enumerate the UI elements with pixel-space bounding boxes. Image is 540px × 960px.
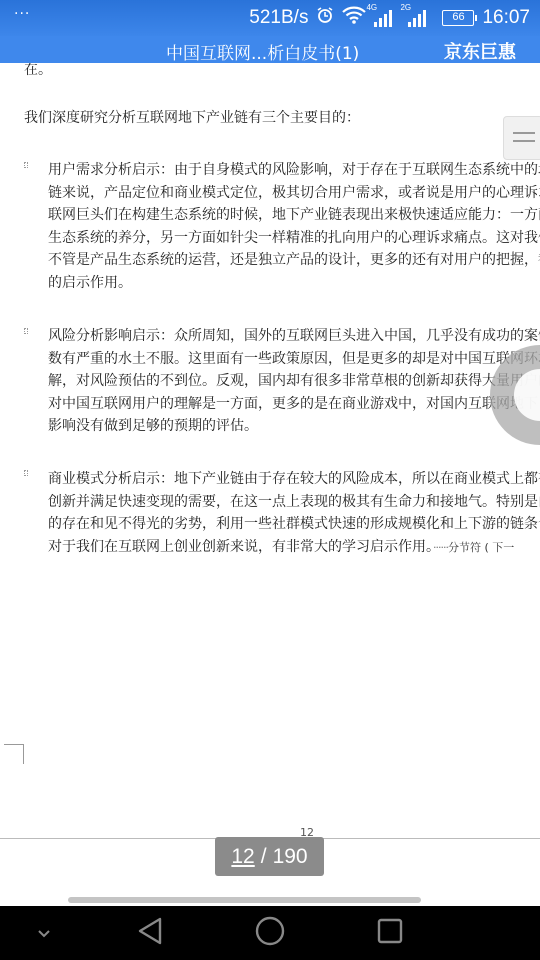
page-indicator[interactable]: 12 / 190 (215, 837, 324, 876)
back-button[interactable] (120, 906, 180, 960)
paragraph-line: 不管是产品生态系统的运营，还是独立产品的设计，更多的还有对用户的把握，都 (48, 249, 540, 272)
recents-square-icon (376, 917, 404, 949)
signal-2g-icon: 2G (408, 9, 426, 27)
paragraph-line: 创新并满足快速变现的需要，在这一点上表现的极其有生命力和接地气。特别是由 (48, 491, 540, 514)
menu-button[interactable] (503, 116, 540, 160)
section-break-label: 分节符 ( 下一 (448, 541, 514, 554)
document-page[interactable]: 在。 我们深度研究分析互联网地下产业链有三个主要目的： 用户需求分析启示：由于自… (0, 63, 540, 838)
page-corner-mark (4, 744, 24, 764)
paragraph-line: 解，对风险预估的不到位。反观，国内却有很多非常草根的创新却获得大量用户的 (48, 370, 540, 393)
paragraph-line: 链来说，产品定位和商业模式定位，极其切合用户需求，或者说是用户的心理诉求 (48, 182, 540, 205)
notification-dots: ··· (14, 6, 30, 22)
paragraph-line: 影响没有做到足够的预期的评估。 (48, 415, 540, 438)
page-separator: / (261, 845, 267, 869)
intro-text: 我们深度研究分析互联网地下产业链有三个主要目的： (24, 107, 360, 129)
home-button[interactable] (240, 906, 300, 960)
bullet-marker (24, 162, 28, 168)
recents-button[interactable] (360, 906, 420, 960)
signal-2g-label: 2G (400, 3, 411, 12)
signal-4g-icon: 4G (374, 9, 392, 27)
total-pages: 190 (273, 845, 308, 869)
paragraph-line: 风险分析影响启示：众所周知，国外的互联网巨头进入中国，几乎没有成功的案例 (48, 325, 540, 348)
back-triangle-icon (136, 916, 164, 950)
paragraph-line: 的启示作用。 (48, 272, 540, 295)
section-break-marker: ······分节符 ( 下一 (433, 541, 514, 554)
paragraph-business-model: 商业模式分析启示：地下产业链由于存在较大的风险成本，所以在商业模式上都有 创新并… (48, 468, 540, 559)
paragraph-user-needs: 用户需求分析启示：由于自身模式的风险影响，对于存在于互联网生态系统中的地 链来说… (48, 159, 540, 294)
clock: 16:07 (482, 7, 530, 29)
chevron-down-icon (36, 924, 52, 943)
hide-nav-button[interactable] (24, 906, 64, 960)
bullet-marker (24, 470, 28, 476)
paragraph-line: 数有严重的水土不服。这里面有一些政策原因，但是更多的却是对中国互联网环境 (48, 348, 540, 371)
paragraph-line: 商业模式分析启示：地下产业链由于存在较大的风险成本，所以在商业模式上都有 (48, 468, 540, 491)
navigation-bar (0, 906, 540, 960)
current-page[interactable]: 12 (231, 845, 254, 869)
paragraph-line: 联网巨头们在构建生态系统的时候，地下产业链表现出来极快速适应能力：一方面 (48, 204, 540, 227)
paragraph-line: 对中国互联网用户的理解是一方面，更多的是在商业游戏中，对国内互联网地下 (48, 393, 540, 416)
status-bar: ··· 521B/s 4G 2G 66 16:07 (0, 0, 540, 36)
paragraph-line: 生态系统的养分，另一方面如针尖一样精准的扎向用户的心理诉求痛点。这对我们 (48, 227, 540, 250)
document-title[interactable]: 中国互联网...析白皮书(1) (166, 39, 359, 64)
battery-icon: 66 (442, 10, 474, 26)
net-speed: 521B/s (249, 7, 308, 29)
jd-promo-link[interactable]: 京东巨惠 (444, 38, 516, 64)
alarm-icon (316, 6, 334, 30)
paragraph-line: 对于我们在互联网上创业创新来说，有非常大的学习启示作用。 (48, 539, 433, 555)
section-break-dots: ······ (433, 541, 448, 554)
wifi-icon (342, 6, 366, 30)
horizontal-scrollbar[interactable] (68, 897, 421, 903)
title-bar: 中国互联网...析白皮书(1) 京东巨惠 (0, 36, 540, 63)
signal-4g-label: 4G (366, 3, 377, 12)
top-fragment: 在。 (24, 63, 52, 81)
bullet-marker (24, 328, 28, 334)
paragraph-line: 的存在和见不得光的劣势，利用一些社群模式快速的形成规模化和上下游的链条合 (48, 513, 540, 536)
paragraph-line: 用户需求分析启示：由于自身模式的风险影响，对于存在于互联网生态系统中的地 (48, 159, 540, 182)
home-circle-icon (254, 915, 286, 951)
paragraph-risk: 风险分析影响启示：众所周知，国外的互联网巨头进入中国，几乎没有成功的案例 数有严… (48, 325, 540, 438)
